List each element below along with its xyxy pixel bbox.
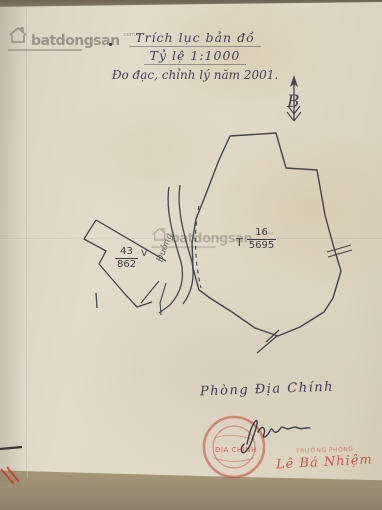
parcel-prefix: T bbox=[236, 236, 243, 249]
parcel-mark: V bbox=[141, 249, 147, 259]
stamp-text: ĐỊA CHÍNH bbox=[215, 445, 257, 454]
parcel-label-small: 43 862 V bbox=[115, 247, 147, 271]
official-stamp: ĐỊA CHÍNH bbox=[204, 417, 264, 477]
red-margin-marks bbox=[0, 447, 22, 484]
parcel-lot-number: 43 bbox=[115, 247, 138, 258]
parcel-label-main: T 16 5695 bbox=[236, 228, 276, 252]
road-fork-lines bbox=[141, 281, 170, 315]
boundary-stray-line bbox=[257, 336, 277, 353]
parcel-area-number: 5695 bbox=[247, 239, 276, 252]
scanned-map-photo: batdongsan .com.vn batdongsan .com.vn Tr… bbox=[0, 0, 382, 510]
boundary-double-tick bbox=[327, 245, 352, 257]
parcel-lot-number: 16 bbox=[247, 228, 276, 239]
north-label: B bbox=[286, 92, 300, 112]
map-drawing: B ĐỊA CHÍNH bbox=[0, 0, 382, 510]
north-arrow: B bbox=[286, 75, 301, 121]
parcel-area-number: 862 bbox=[115, 258, 138, 271]
